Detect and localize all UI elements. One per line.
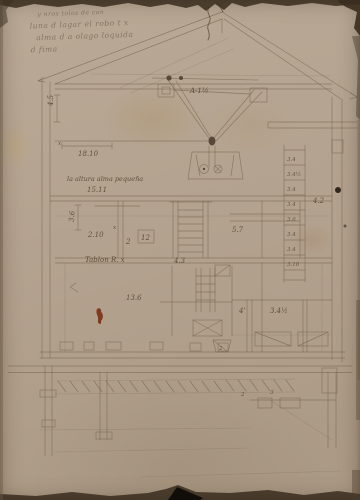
scanned-drawing: y nros tolos de con luna d lagar el robo… — [0, 0, 360, 500]
inscription-line: y nros tolos de con — [36, 9, 104, 18]
stair-label: 3.4½ — [287, 171, 301, 178]
inscription-line: luna d lagar el robo t x — [30, 18, 129, 30]
title-inscription: y nros tolos de con luna d lagar el robo… — [29, 8, 134, 55]
dim-label-upper-floor: 18.10 — [78, 150, 99, 158]
mark-x: x — [113, 225, 117, 231]
stair-label: 3.4 — [287, 157, 296, 163]
stair-label: 3.10 — [287, 262, 300, 268]
inscription-line: d fima — [30, 44, 57, 54]
architectural-section-drawing: y nros tolos de con luna d lagar el robo… — [0, 0, 360, 500]
ground-floor-rooms — [65, 263, 332, 352]
dim-label-3-4half: 3.4½ — [270, 307, 288, 315]
dim-label-altura: 15.11 — [87, 186, 107, 194]
note-tablon: Tablon R. x — [85, 256, 125, 264]
note-altura: la altura alma pequeña — [67, 175, 143, 183]
dim-label-5-7: 5.7 — [232, 226, 244, 234]
ink-blot — [96, 308, 102, 324]
mark-x: x — [58, 141, 62, 147]
dim-label-hopper: A-1½ — [189, 87, 209, 95]
stair-label: 3.6 — [287, 217, 296, 223]
hopper-funnel — [168, 80, 262, 179]
dark-spot — [344, 225, 347, 228]
dim-label-left-vertical: 3.6 — [68, 210, 77, 222]
dim-label-4-2: 4.2 — [312, 197, 325, 205]
foundation — [8, 352, 352, 477]
stair-label: 3.4 — [287, 187, 296, 193]
stair-label: 3.4 — [287, 202, 296, 208]
stair-label: 3.4 — [287, 247, 296, 253]
dim-label-2: 2 — [125, 238, 131, 246]
stair-riser-labels: 3.4 3.4½ 3.4 3.4 3.6 3.4 3.4 3.10 — [287, 157, 301, 268]
middle-level-partitions — [95, 201, 300, 258]
upper-floor — [54, 95, 357, 149]
pulley-icon — [179, 76, 183, 80]
dim-label-found-3: 3 — [270, 390, 274, 396]
dim-label-12: 12 — [141, 234, 150, 242]
stair-label: 3.4 — [287, 232, 296, 238]
inscription-line: alma d a olago loquida — [36, 30, 133, 42]
dim-label-4-prime: 4' — [238, 307, 245, 315]
dim-label-4-3: 4.3 — [173, 257, 186, 265]
dim-label-trap: 2 — [218, 346, 223, 352]
dimension-labels: A-1½ 4.5 x 18.10 la altura alma pequeña … — [47, 87, 325, 398]
dim-label-2-10: 2.10 — [87, 231, 104, 239]
dark-spot — [335, 187, 341, 193]
dim-label-found-2: 2 — [240, 392, 245, 398]
pulley-icon — [166, 75, 171, 80]
dim-label-wall-height: 4.5 — [47, 94, 55, 107]
roof-lines — [38, 3, 357, 99]
dim-label-13-6: 13.6 — [126, 294, 142, 302]
paper-specks — [335, 187, 347, 228]
